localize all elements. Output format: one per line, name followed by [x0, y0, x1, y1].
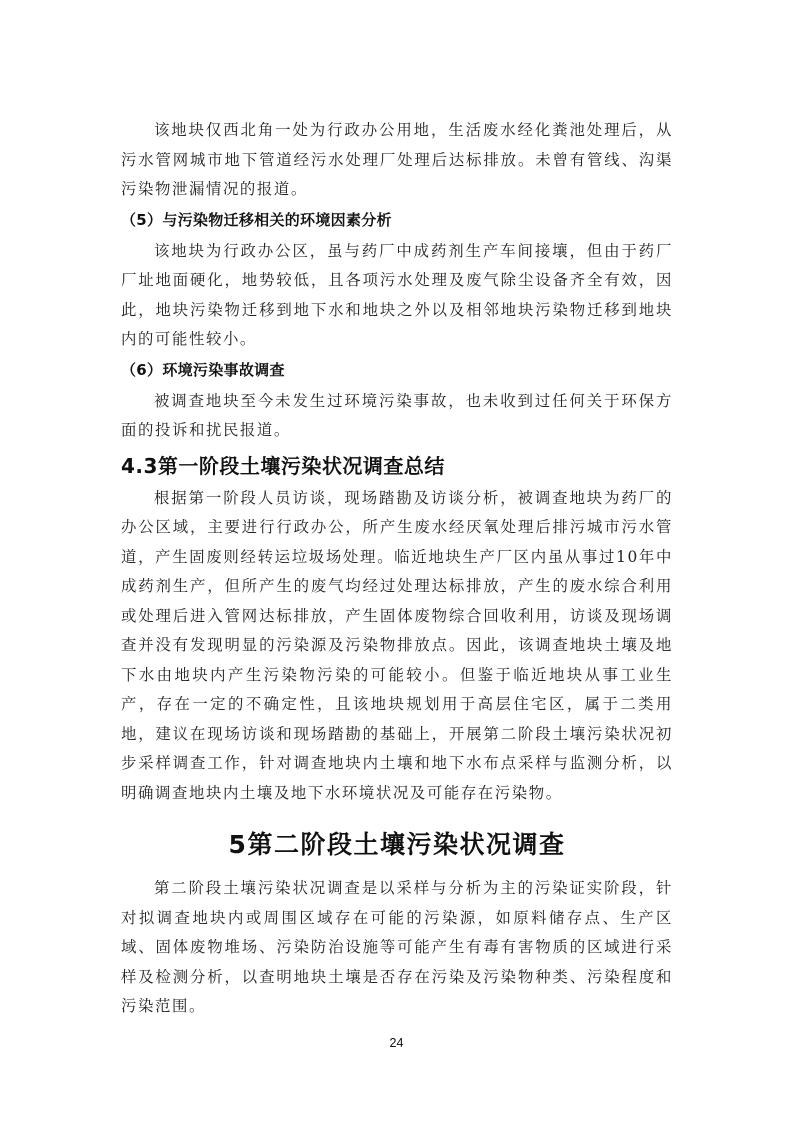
section-heading-4-3: 4.3第一阶段土壤污染状况调查总结	[121, 448, 673, 484]
paragraph-accident-survey: 被调查地块至今未发生过环境污染事故，也未收到过任何关于环保方面的投诉和扰民报道。	[121, 387, 673, 446]
page-number: 24	[0, 1036, 793, 1050]
subheading-pollution-accidents: （6）环境污染事故调查	[121, 356, 673, 385]
paragraph-phase1-summary: 根据第一阶段人员访谈，现场踏勘及访谈分析，被调查地块为药厂的办公区域，主要进行行…	[121, 484, 673, 809]
paragraph-phase2-intro: 第二阶段土壤污染状况调查是以采样与分析为主的污染证实阶段，针对拟调查地块内或周围…	[121, 874, 673, 1022]
chapter-heading-5: 5第二阶段土壤污染状况调查	[121, 826, 673, 864]
document-page: 该地块仅西北角一处为行政办公用地，生活废水经化粪池处理后，从污水管网城市地下管道…	[121, 116, 673, 1022]
paragraph-migration-analysis: 该地块为行政办公区，虽与药厂中成药剂生产车间接壤，但由于药厂厂址地面硬化，地势较…	[121, 237, 673, 355]
subheading-migration-factors: （5）与污染物迁移相关的环境因素分析	[121, 206, 673, 235]
paragraph-drainage: 该地块仅西北角一处为行政办公用地，生活废水经化粪池处理后，从污水管网城市地下管道…	[121, 116, 673, 205]
